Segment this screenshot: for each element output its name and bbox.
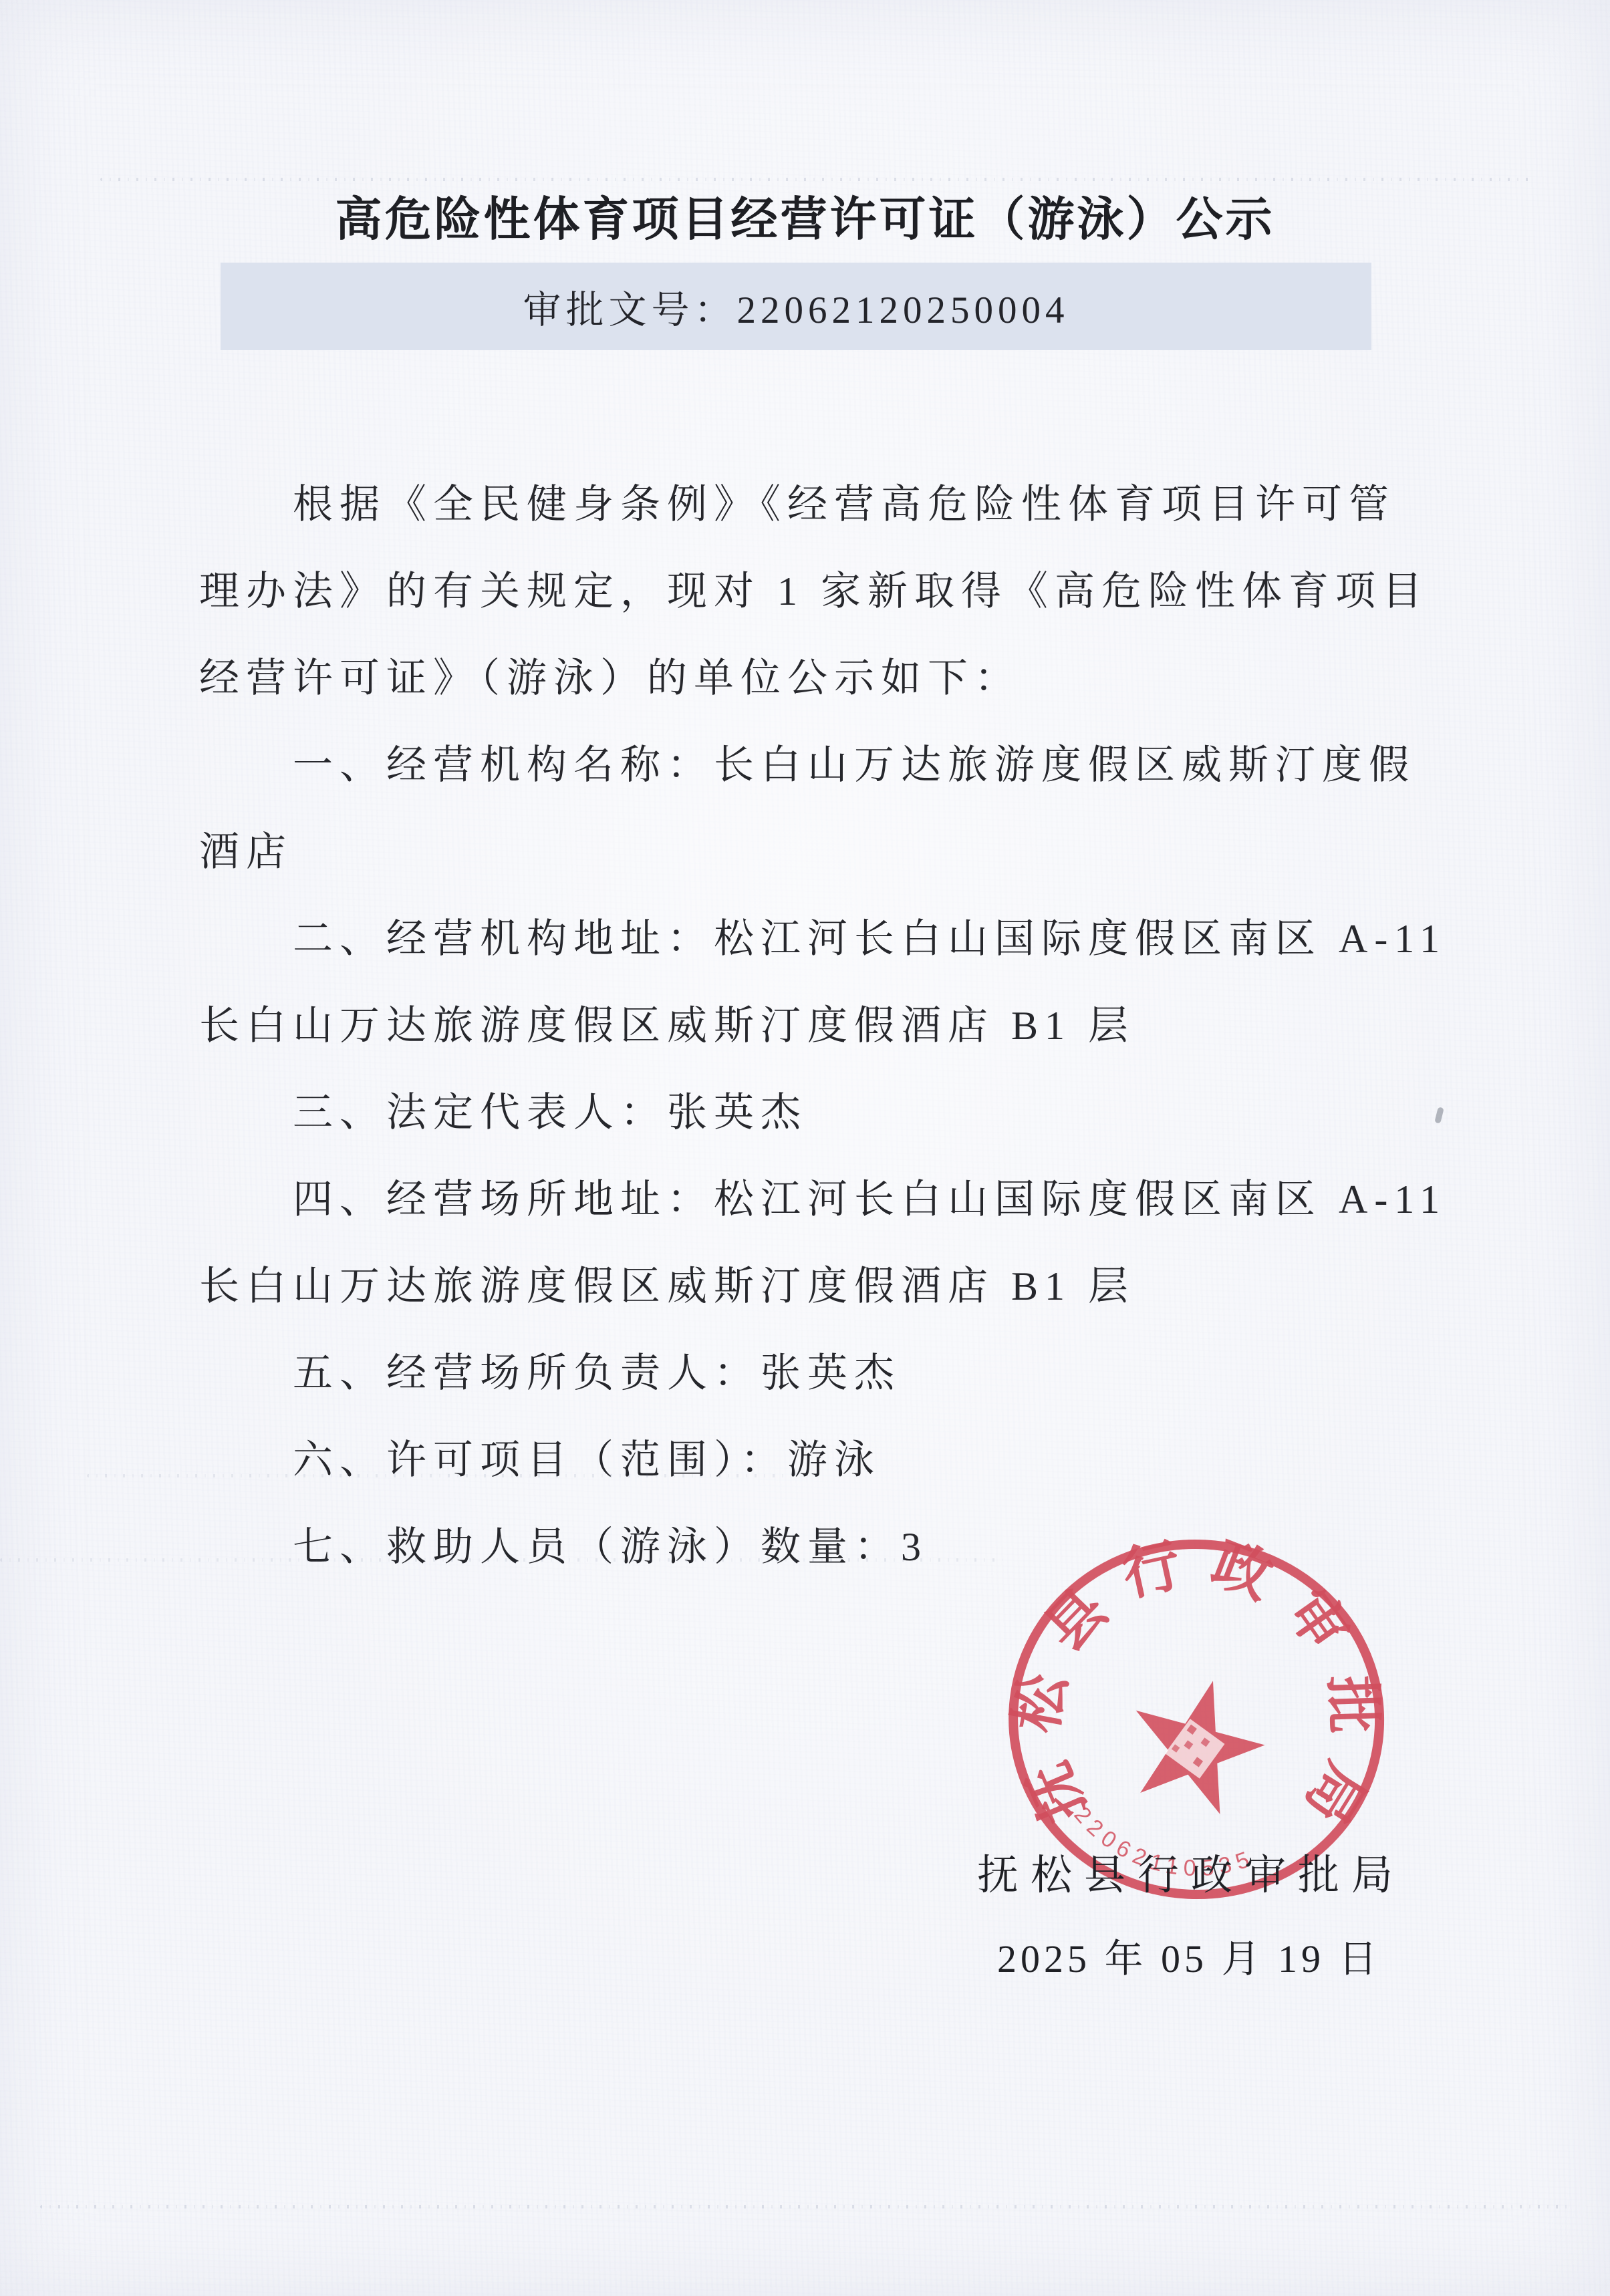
- scan-noise-line: [87, 1474, 789, 1477]
- issue-date: 2025 年 05 月 19 日: [997, 1927, 1381, 1983]
- document-body: 根据《全民健身条例》《经营高危险性体育项目许可管 理办法》的有关规定，现对 1 …: [199, 461, 1414, 1590]
- issuing-agency: 抚松县行政审批局: [977, 1842, 1405, 1901]
- body-line: 三、法定代表人：张英杰: [199, 1069, 1414, 1156]
- body-line: 四、经营场所地址：松江河长白山国际度假区南区 A-11: [199, 1156, 1414, 1243]
- body-line: 根据《全民健身条例》《经营高危险性体育项目许可管: [199, 461, 1414, 548]
- svg-text:抚松县行政审批局: 抚松县行政审批局: [998, 1527, 1397, 1856]
- scan-noise-line: [100, 178, 1530, 181]
- body-line: 五、经营场所负责人：张英杰: [199, 1330, 1414, 1417]
- seal-arc-text: 抚松县行政审批局: [998, 1527, 1397, 1856]
- body-line: 长白山万达旅游度假区威斯汀度假酒店 B1 层: [199, 1243, 1414, 1330]
- document-title: 高危险性体育项目经营许可证（游泳）公示: [0, 192, 1610, 247]
- body-line: 六、许可项目（范围）：游泳: [199, 1417, 1414, 1503]
- body-line: 二、经营机构地址：松江河长白山国际度假区南区 A-11: [199, 895, 1414, 982]
- scan-smudge-mark: [1434, 1107, 1444, 1123]
- scan-noise-line: [40, 2205, 1571, 2208]
- scan-noise-line: [0, 1558, 1002, 1562]
- scanned-document-page: 高危险性体育项目经营许可证（游泳）公示 审批文号：22062120250004 …: [0, 0, 1610, 2296]
- body-line: 一、经营机构名称：长白山万达旅游度假区威斯汀度假: [199, 722, 1414, 809]
- body-line: 理办法》的有关规定，现对 1 家新取得《高危险性体育项目: [199, 548, 1414, 635]
- body-line: 经营许可证》（游泳）的单位公示如下：: [199, 635, 1414, 722]
- body-line: 长白山万达旅游度假区威斯汀度假酒店 B1 层: [199, 982, 1414, 1069]
- approval-number-band: 审批文号：22062120250004: [221, 263, 1371, 350]
- seal-star-icon: [1114, 1663, 1279, 1822]
- approval-number-text: 审批文号：22062120250004: [523, 279, 1069, 334]
- body-line: 酒店: [199, 809, 1414, 895]
